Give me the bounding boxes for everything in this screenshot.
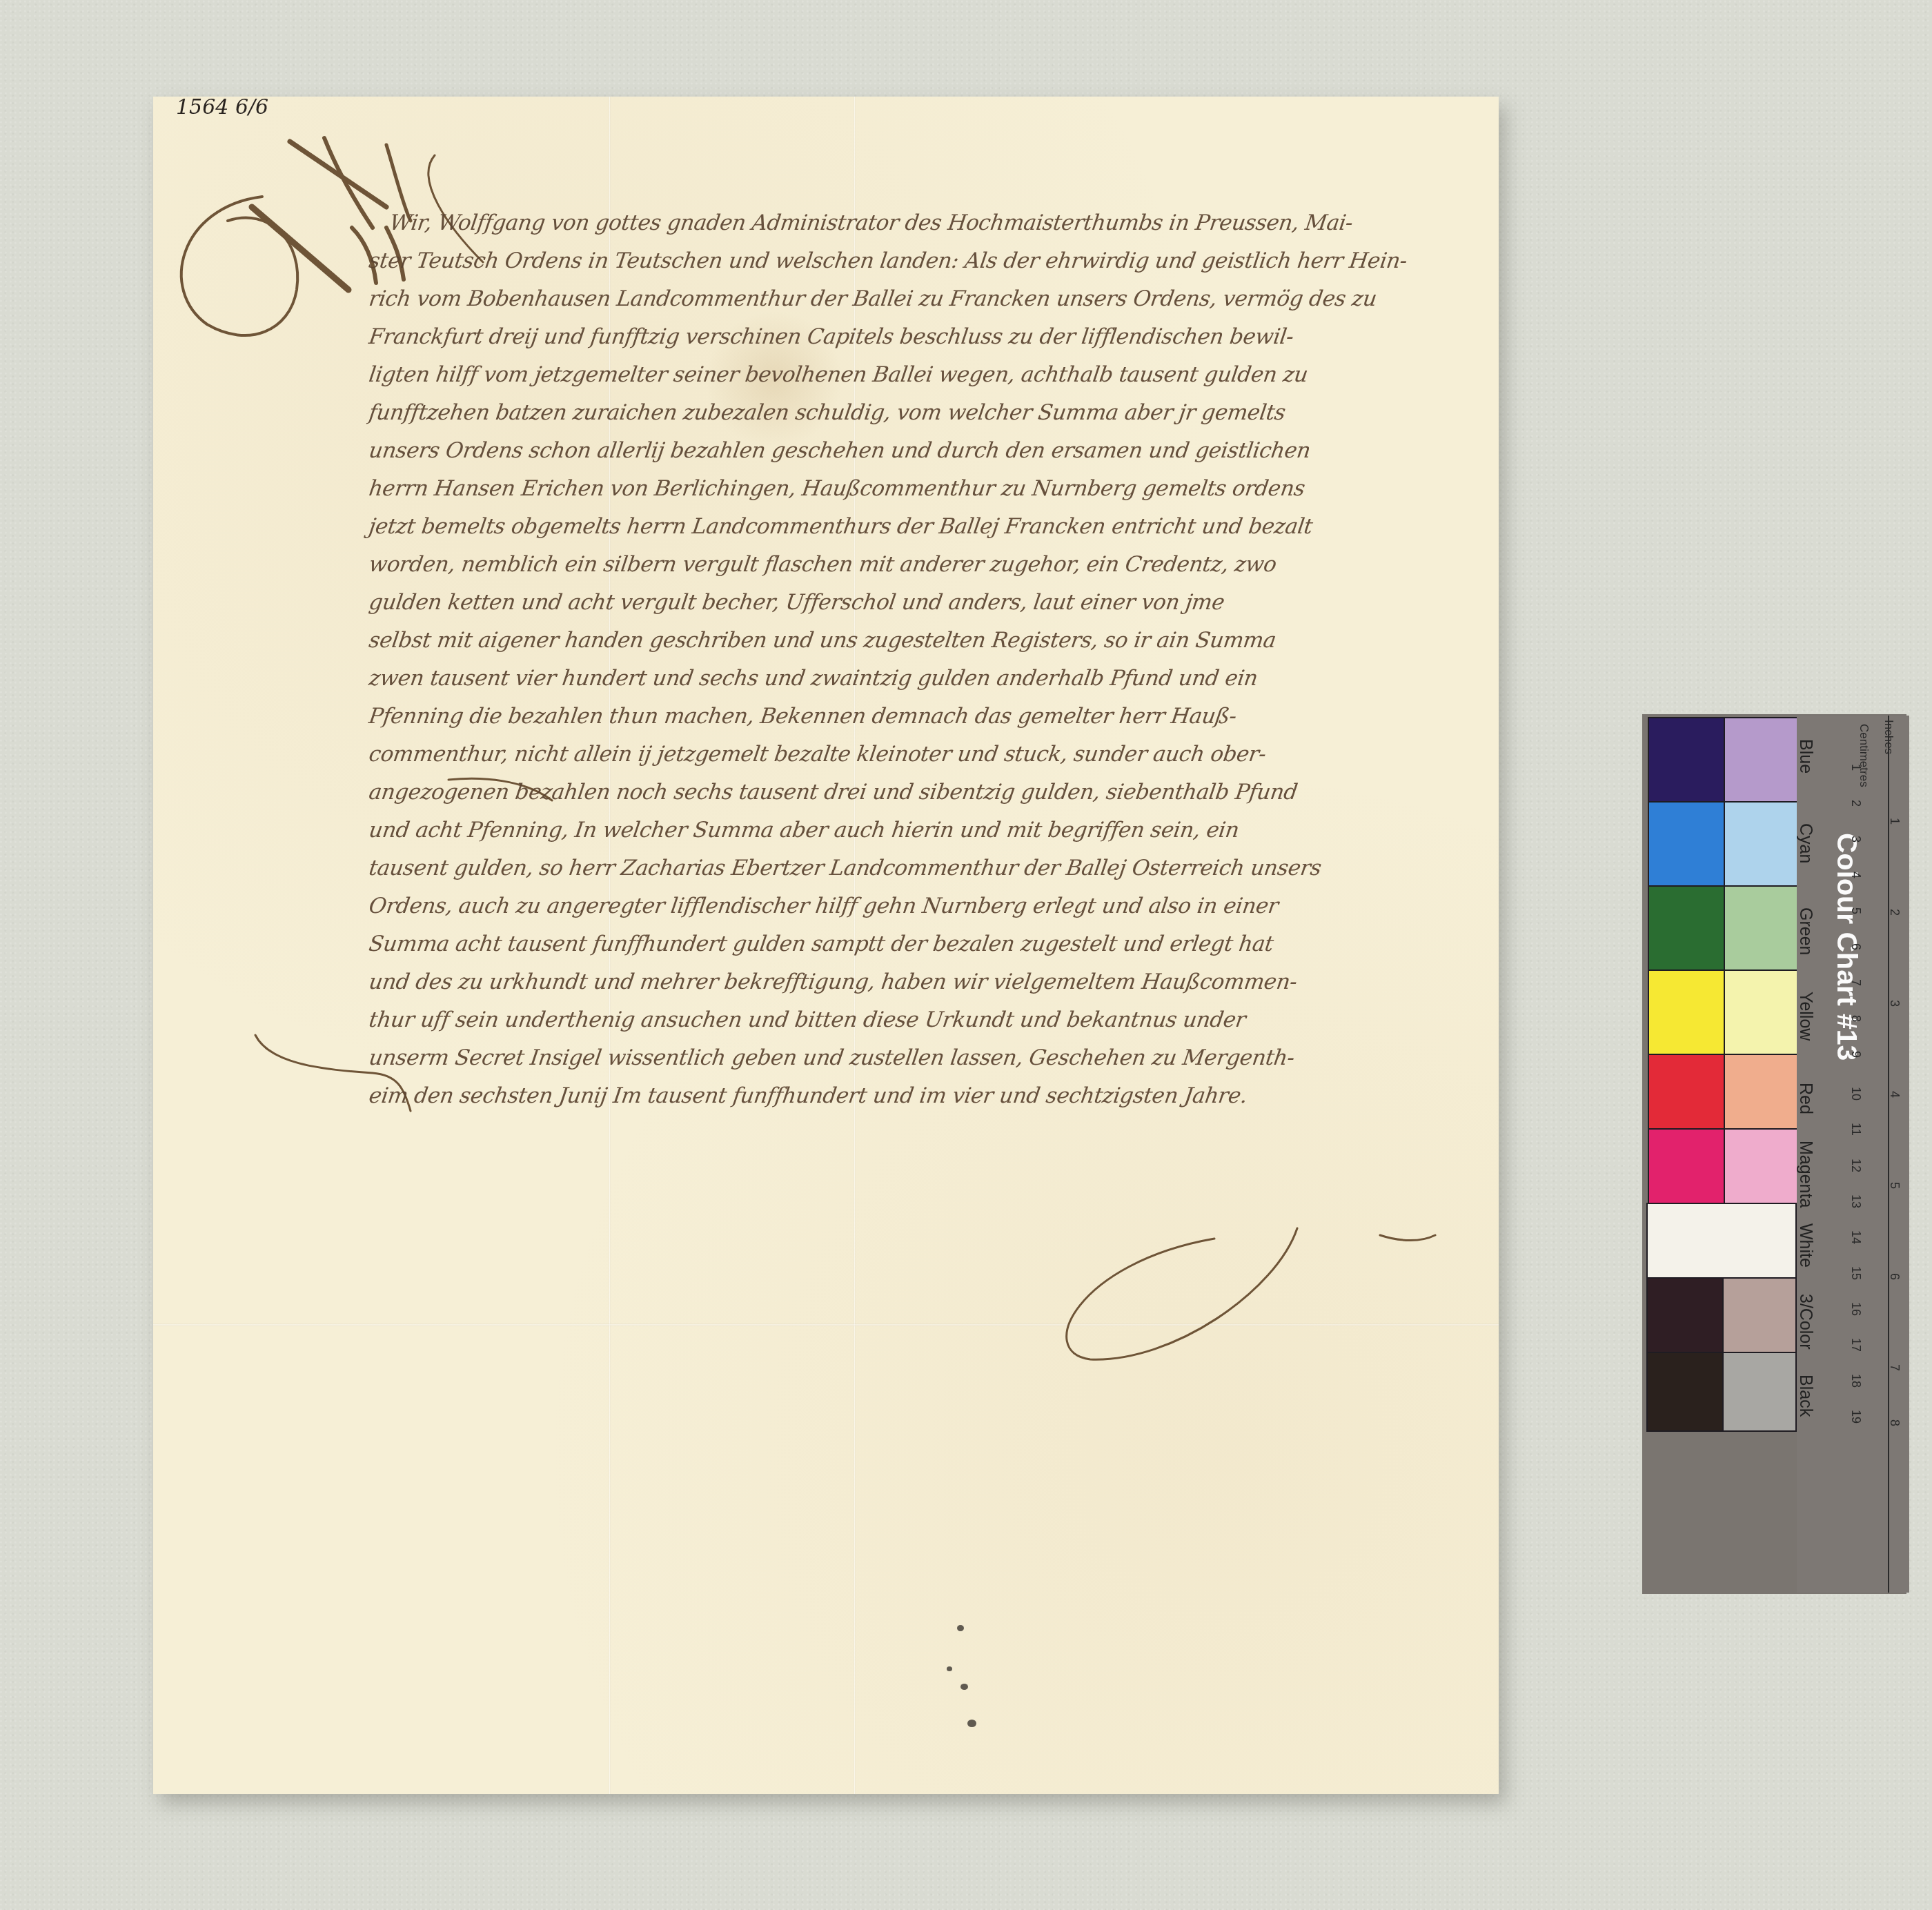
letter-line: jetzt bemelts obgemelts herrn Landcommen… (367, 514, 1314, 539)
inch-tick-4: 4 (1887, 1091, 1902, 1098)
letter-line: und acht Pfenning, In welcher Summa aber… (367, 818, 1240, 843)
row-label-cyan: Cyan (1795, 823, 1815, 863)
row-label-magenta: Magenta (1795, 1141, 1815, 1208)
letter-line: unserm Secret Insigel wissentlich geben … (367, 1045, 1296, 1070)
row-label-red: Red (1795, 1083, 1815, 1114)
patch-blue-dark (1648, 717, 1725, 803)
letter-line: commenthur, nicht allein ij jetzgemelt b… (367, 742, 1267, 767)
patch-black-light (1722, 1352, 1797, 1432)
letter-line: gulden ketten und acht vergult becher, U… (367, 590, 1225, 615)
letter-line: tausent gulden, so herr Zacharias Ebertz… (367, 856, 1323, 880)
patch-green-light (1724, 885, 1798, 971)
colour-chart: Inches Centimetres Colour Chart #13 Blue… (1642, 714, 1906, 1594)
patch-white (1646, 1203, 1797, 1279)
cm-tick-2: 2 (1849, 800, 1863, 807)
patch-green-dark (1648, 885, 1725, 971)
ruler-divider (1888, 716, 1889, 1593)
letter-line: thur uff sein underthenig ansuchen und b… (367, 1007, 1247, 1032)
letter-line: ster Teutsch Ordens in Teutschen und wel… (367, 248, 1408, 273)
cm-tick-8: 8 (1849, 1015, 1863, 1022)
ruler-strip: Inches Centimetres Colour Chart #13 Blue… (1797, 716, 1909, 1593)
cm-tick-4: 4 (1849, 872, 1863, 878)
letter-line: unsers Ordens schon allerlij bezahlen ge… (367, 438, 1312, 463)
inch-tick-8: 8 (1887, 1419, 1902, 1426)
letter-line: Pfenning die bezahlen thun machen, Beken… (367, 704, 1238, 729)
cm-tick-5: 5 (1849, 907, 1863, 914)
letter-line: funfftzehen batzen zuraichen zubezalen s… (367, 400, 1287, 425)
letter-line: ligten hilff vom jetzgemelter seiner bev… (367, 362, 1309, 387)
row-label-blue: Blue (1795, 739, 1815, 774)
patch-yellow-dark (1648, 969, 1725, 1055)
cm-tick-9: 9 (1849, 1051, 1863, 1058)
patch-yellow-light (1724, 969, 1798, 1055)
patch-3color-light (1722, 1277, 1797, 1353)
letter-line: und des zu urkhundt und mehrer bekreffti… (367, 969, 1298, 994)
cm-tick-14: 14 (1849, 1230, 1863, 1244)
cm-tick-11: 11 (1849, 1123, 1863, 1136)
letter-line: Ordens, auch zu angeregter lifflendische… (367, 894, 1279, 918)
inch-tick-6: 6 (1887, 1273, 1902, 1280)
cm-tick-19: 19 (1849, 1410, 1863, 1424)
letter-line: Franckfurt dreij und funfftzig verschine… (367, 324, 1294, 349)
letter-line: Wir, Wolffgang von gottes gnaden Adminis… (388, 210, 1354, 235)
letter-line: rich vom Bobenhausen Landcommenthur der … (367, 286, 1378, 311)
cm-tick-3: 3 (1849, 836, 1863, 843)
letter-line: selbst mit aigener handen geschriben und… (367, 628, 1277, 653)
cm-tick-6: 6 (1849, 943, 1863, 950)
patch-red-light (1724, 1054, 1798, 1130)
cm-tick-18: 18 (1849, 1374, 1863, 1388)
letter-line: worden, nemblich ein silbern vergult fla… (367, 552, 1278, 577)
centimetres-label: Centimetres (1857, 724, 1871, 787)
cm-tick-16: 16 (1849, 1302, 1863, 1316)
patch-3color-dark (1646, 1277, 1724, 1353)
letter-line: angezogenen bezahlen noch sechs tausent … (367, 780, 1299, 805)
inch-tick-2: 2 (1887, 909, 1902, 916)
letter-line: zwen tausent vier hundert und sechs und … (367, 666, 1259, 691)
patch-red-dark (1648, 1054, 1725, 1130)
row-label-white: White (1795, 1223, 1815, 1268)
cm-tick-7: 7 (1849, 979, 1863, 986)
row-label-black: Black (1795, 1375, 1815, 1417)
row-label-yellow: Yellow (1795, 992, 1815, 1041)
letter-line: eim den sechsten Junij Im tausent funffh… (367, 1083, 1248, 1108)
patch-black-dark (1646, 1352, 1724, 1432)
cm-tick-17: 17 (1849, 1338, 1863, 1352)
cm-tick-10: 10 (1849, 1087, 1863, 1101)
inch-tick-5: 5 (1887, 1182, 1902, 1189)
row-label-3color: 3/Color (1795, 1294, 1815, 1350)
row-label-green: Green (1795, 907, 1815, 955)
cm-tick-13: 13 (1849, 1194, 1863, 1208)
patch-blue-light (1724, 717, 1798, 803)
patch-magenta-dark (1648, 1128, 1725, 1204)
inch-tick-1: 1 (1887, 818, 1902, 825)
patch-cyan-dark (1648, 801, 1725, 887)
letter-line: herrn Hansen Erichen von Berlichingen, H… (367, 476, 1306, 501)
inch-tick-3: 3 (1887, 1000, 1902, 1007)
cm-tick-15: 15 (1849, 1266, 1863, 1280)
inch-tick-7: 7 (1887, 1364, 1902, 1371)
patch-magenta-light (1724, 1128, 1798, 1204)
patch-cyan-light (1724, 801, 1798, 887)
letter-line: Summa acht tausent funffhundert gulden s… (367, 932, 1274, 956)
cm-tick-1: 1 (1849, 764, 1863, 771)
cm-tick-12: 12 (1849, 1159, 1863, 1172)
